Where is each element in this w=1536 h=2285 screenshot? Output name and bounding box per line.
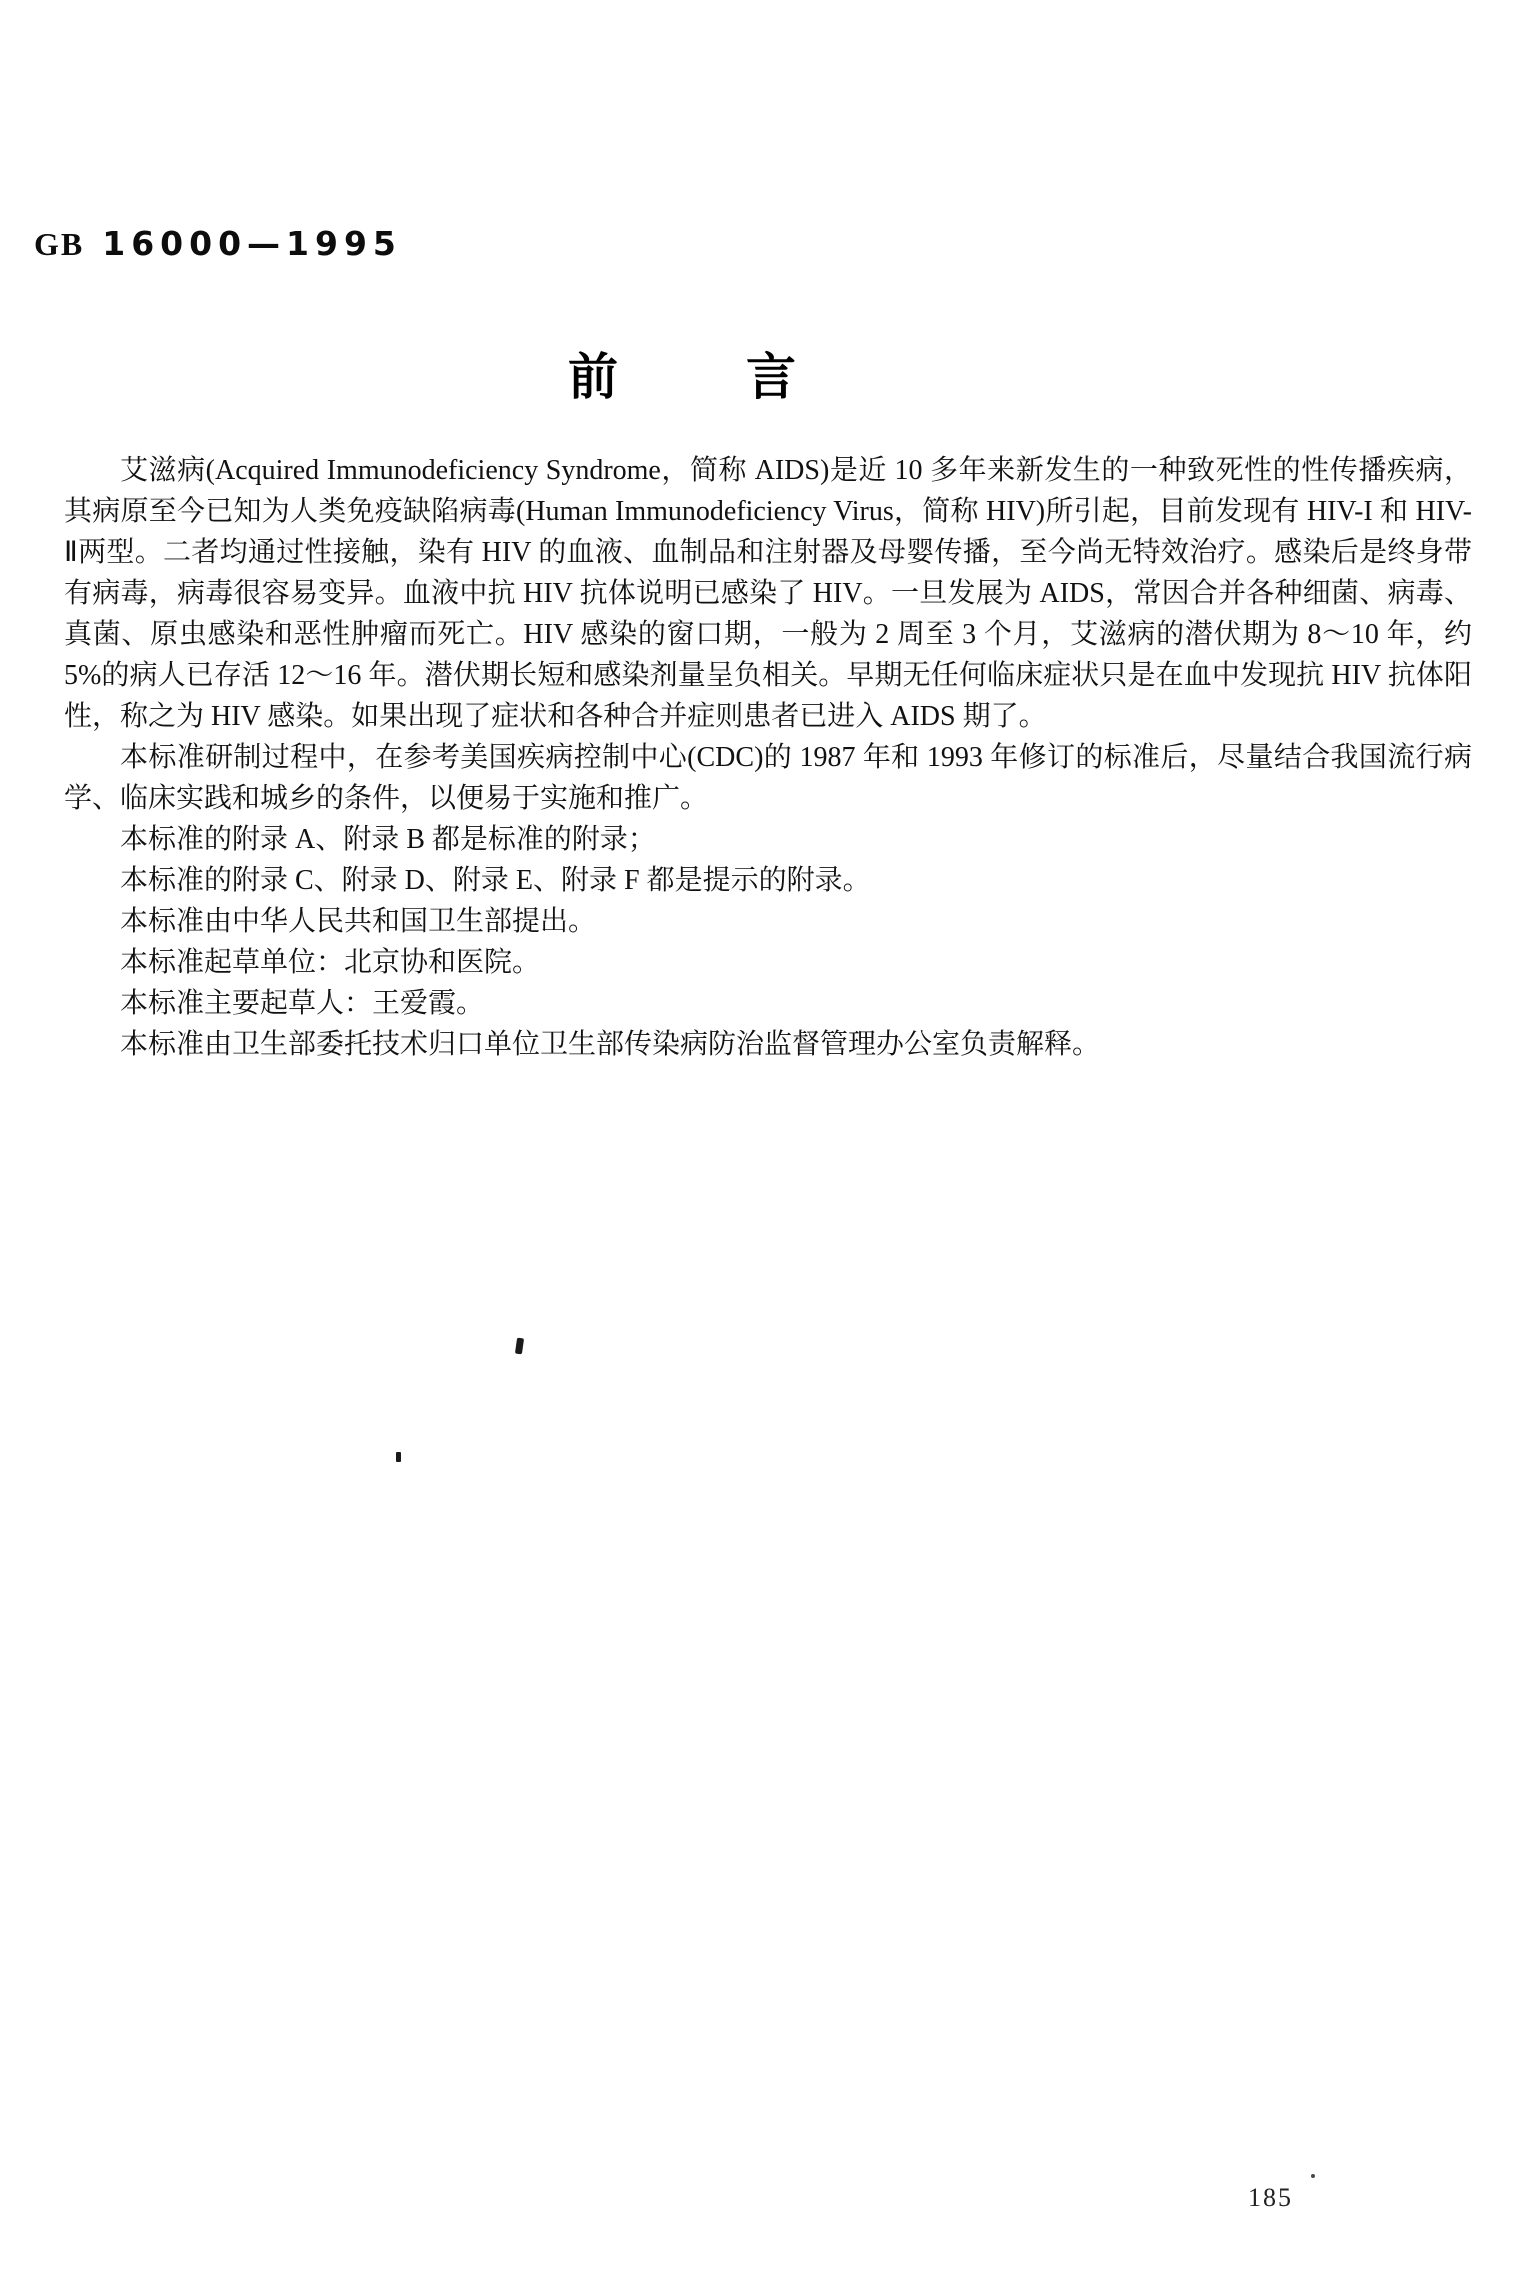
standard-code-number: 16000—1995 xyxy=(102,224,402,263)
foreword-paragraph: 本标准研制过程中，在参考美国疾病控制中心(CDC)的 1987 年和 1993 … xyxy=(64,737,1472,819)
foreword-paragraph: 本标准起草单位：北京协和医院。 xyxy=(64,942,1472,983)
scanned-standard-page: GB 16000—1995 前 言 艾滋病(Acquired Immunodef… xyxy=(0,0,1536,2285)
standard-code-prefix: GB xyxy=(34,226,84,263)
page-title-char-2: 言 xyxy=(746,350,796,405)
foreword-body: 艾滋病(Acquired Immunodeficiency Syndrome，简… xyxy=(64,450,1472,1065)
scan-speck xyxy=(396,1452,401,1462)
page-title: 前 言 xyxy=(568,350,796,405)
page-title-char-1: 前 xyxy=(568,350,618,405)
foreword-paragraph: 本标准由卫生部委托技术归口单位卫生部传染病防治监督管理办公室负责解释。 xyxy=(64,1024,1472,1065)
foreword-paragraph: 本标准的附录 C、附录 D、附录 E、附录 F 都是提示的附录。 xyxy=(64,860,1472,901)
standard-code: GB 16000—1995 xyxy=(34,224,402,263)
foreword-paragraph: 本标准主要起草人：王爱霞。 xyxy=(64,983,1472,1024)
foreword-paragraph: 本标准由中华人民共和国卫生部提出。 xyxy=(64,901,1472,942)
foreword-paragraph: 本标准的附录 A、附录 B 都是标准的附录； xyxy=(64,819,1472,860)
page-number: 185 xyxy=(1248,2183,1293,2213)
scan-speck xyxy=(515,1338,524,1355)
scan-speck xyxy=(1311,2174,1315,2178)
foreword-paragraph: 艾滋病(Acquired Immunodeficiency Syndrome，简… xyxy=(64,450,1472,737)
